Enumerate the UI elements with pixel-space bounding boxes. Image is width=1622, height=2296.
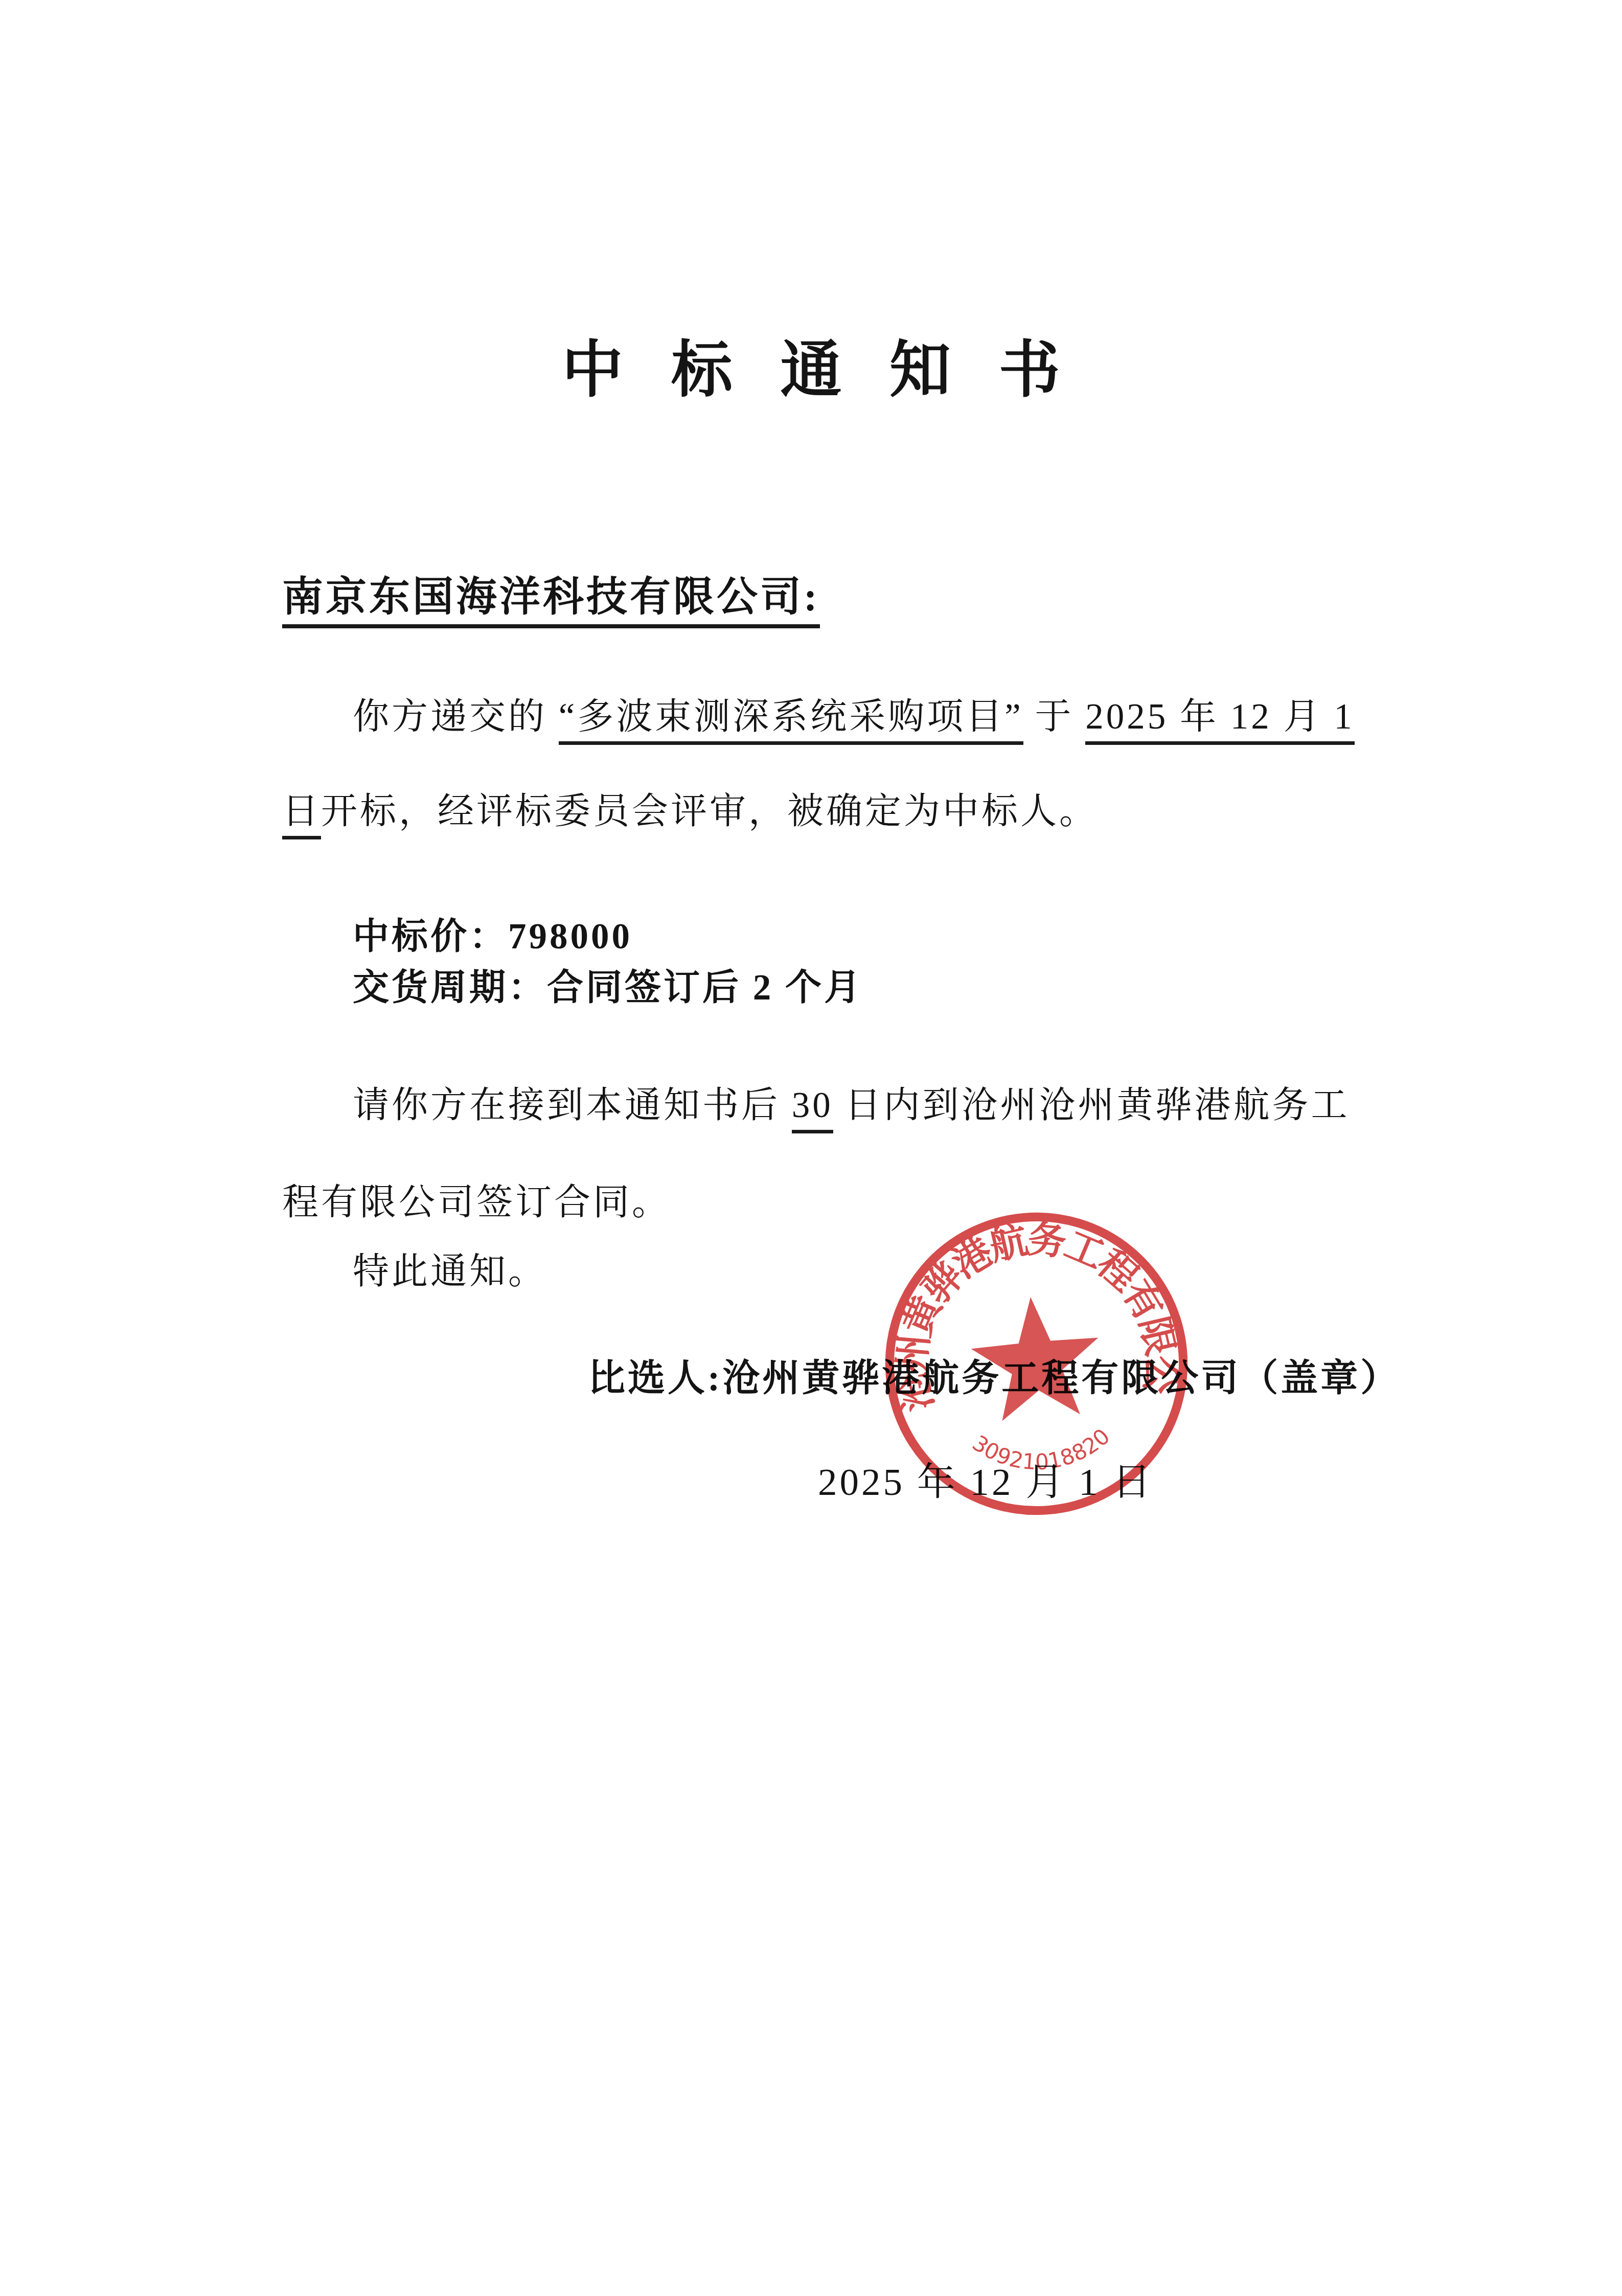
- paragraph2-tail: 日内到沧州沧州黄骅港航务工: [833, 1085, 1350, 1125]
- document-page: 中标通知书 南京东国海洋科技有限公司: 你方递交的 “多波束测深系统采购项目” …: [0, 0, 1622, 2296]
- addressee-line: 南京东国海洋科技有限公司:: [282, 572, 820, 623]
- award-price-line: 中标价：798000: [353, 914, 632, 960]
- bid-open-date-underlined: 2025 年 12 月 1: [1085, 697, 1355, 745]
- contract-days-underlined: 30: [792, 1085, 833, 1133]
- paragraph1-line2-rest: 开标，经评标委员会评审，被确定为中标人。: [321, 791, 1098, 831]
- paragraph2-line1: 请你方在接到本通知书后 30 日内到沧州沧州黄骅港航务工: [353, 1083, 1350, 1128]
- bid-open-day-underlined: 日: [282, 791, 321, 839]
- paragraph1-line2: 日开标，经评标委员会评审，被确定为中标人。: [282, 789, 1098, 834]
- document-title: 中标通知书: [0, 321, 1622, 409]
- paragraph2-line2: 程有限公司签订合同。: [282, 1180, 671, 1225]
- addressee-company: 南京东国海洋科技有限公司:: [282, 575, 820, 628]
- paragraph1-lead: 你方递交的: [353, 697, 559, 737]
- delivery-period-line: 交货周期：合同签订后 2 个月: [353, 965, 863, 1011]
- paragraph2-lead: 请你方在接到本通知书后: [353, 1085, 792, 1125]
- project-name-underlined: “多波束测深系统采购项目”: [559, 697, 1023, 745]
- closing-notice: 特此通知。: [353, 1249, 547, 1294]
- seal-star-icon: [967, 1291, 1105, 1423]
- paragraph1-line1: 你方递交的 “多波束测深系统采购项目” 于 2025 年 12 月 1: [353, 694, 1355, 740]
- paragraph1-mid: 于: [1023, 697, 1086, 737]
- seal-serial-number: 30921018820: [966, 1419, 1117, 1481]
- company-seal-stamp: 沧州黄骅港航务工程有限公司 30921018820: [852, 1179, 1220, 1548]
